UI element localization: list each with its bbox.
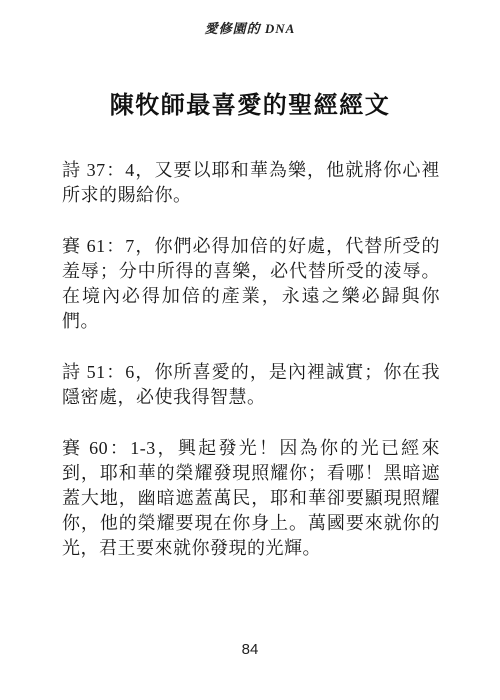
verse-body: 詩 37：4，又要以耶和華為樂，他就將你心裡所求的賜給你。 賽 61：7，你們必… [62, 158, 440, 587]
running-header: 愛修園的 DNA [0, 18, 500, 37]
page-title: 陳牧師最喜愛的聖經經文 [0, 85, 500, 120]
verse-paragraph-isa61: 賽 61：7，你們必得加倍的好處，代替所受的羞辱；分中所得的喜樂，必代替所受的淩… [62, 234, 440, 334]
verse-paragraph-isa60: 賽 60：1-3，興起發光！因為你的光已經來到，耶和華的榮耀發現照耀你；看哪！黑… [62, 436, 440, 561]
document-page: 愛修園的 DNA 陳牧師最喜愛的聖經經文 詩 37：4，又要以耶和華為樂，他就將… [0, 0, 500, 700]
verse-paragraph-ps37: 詩 37：4，又要以耶和華為樂，他就將你心裡所求的賜給你。 [62, 158, 440, 208]
verse-paragraph-ps51: 詩 51：6，你所喜愛的，是內裡誠實；你在我隱密處，必使我得智慧。 [62, 360, 440, 410]
page-number: 84 [0, 641, 500, 658]
